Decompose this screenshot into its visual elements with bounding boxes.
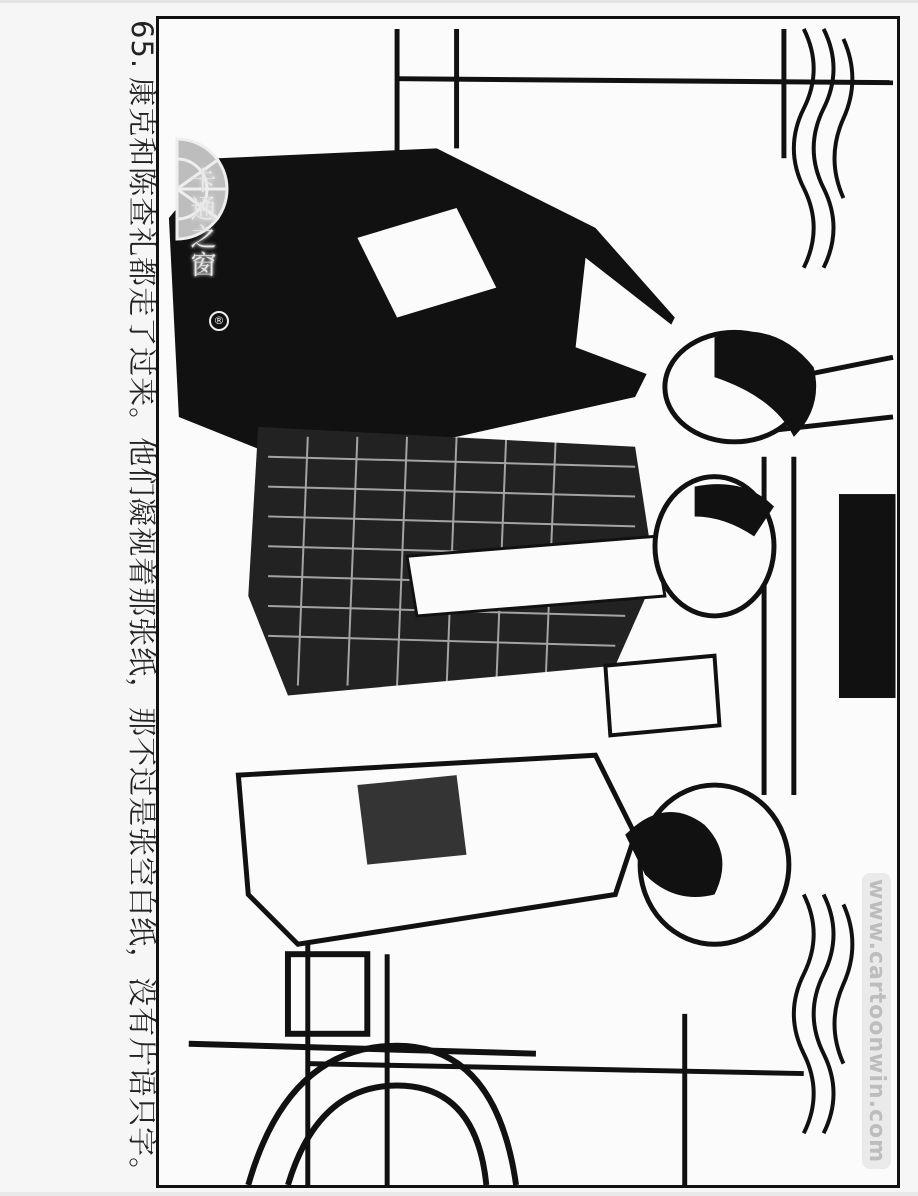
- top-rule: [0, 0, 918, 3]
- bottom-rule: [0, 1192, 918, 1196]
- site-watermark: www.cartoonwin.com: [862, 873, 891, 1169]
- illustration-frame: 卡通之窗 ® www.cartoonwin.com: [156, 16, 900, 1188]
- comic-illustration: [159, 19, 897, 1185]
- caption-text: 康克和陈查礼都走了过来。他们凝视着那张纸，那不过是张空白纸，没有片语只字。: [125, 77, 159, 1187]
- caption-number: 65.: [125, 20, 159, 69]
